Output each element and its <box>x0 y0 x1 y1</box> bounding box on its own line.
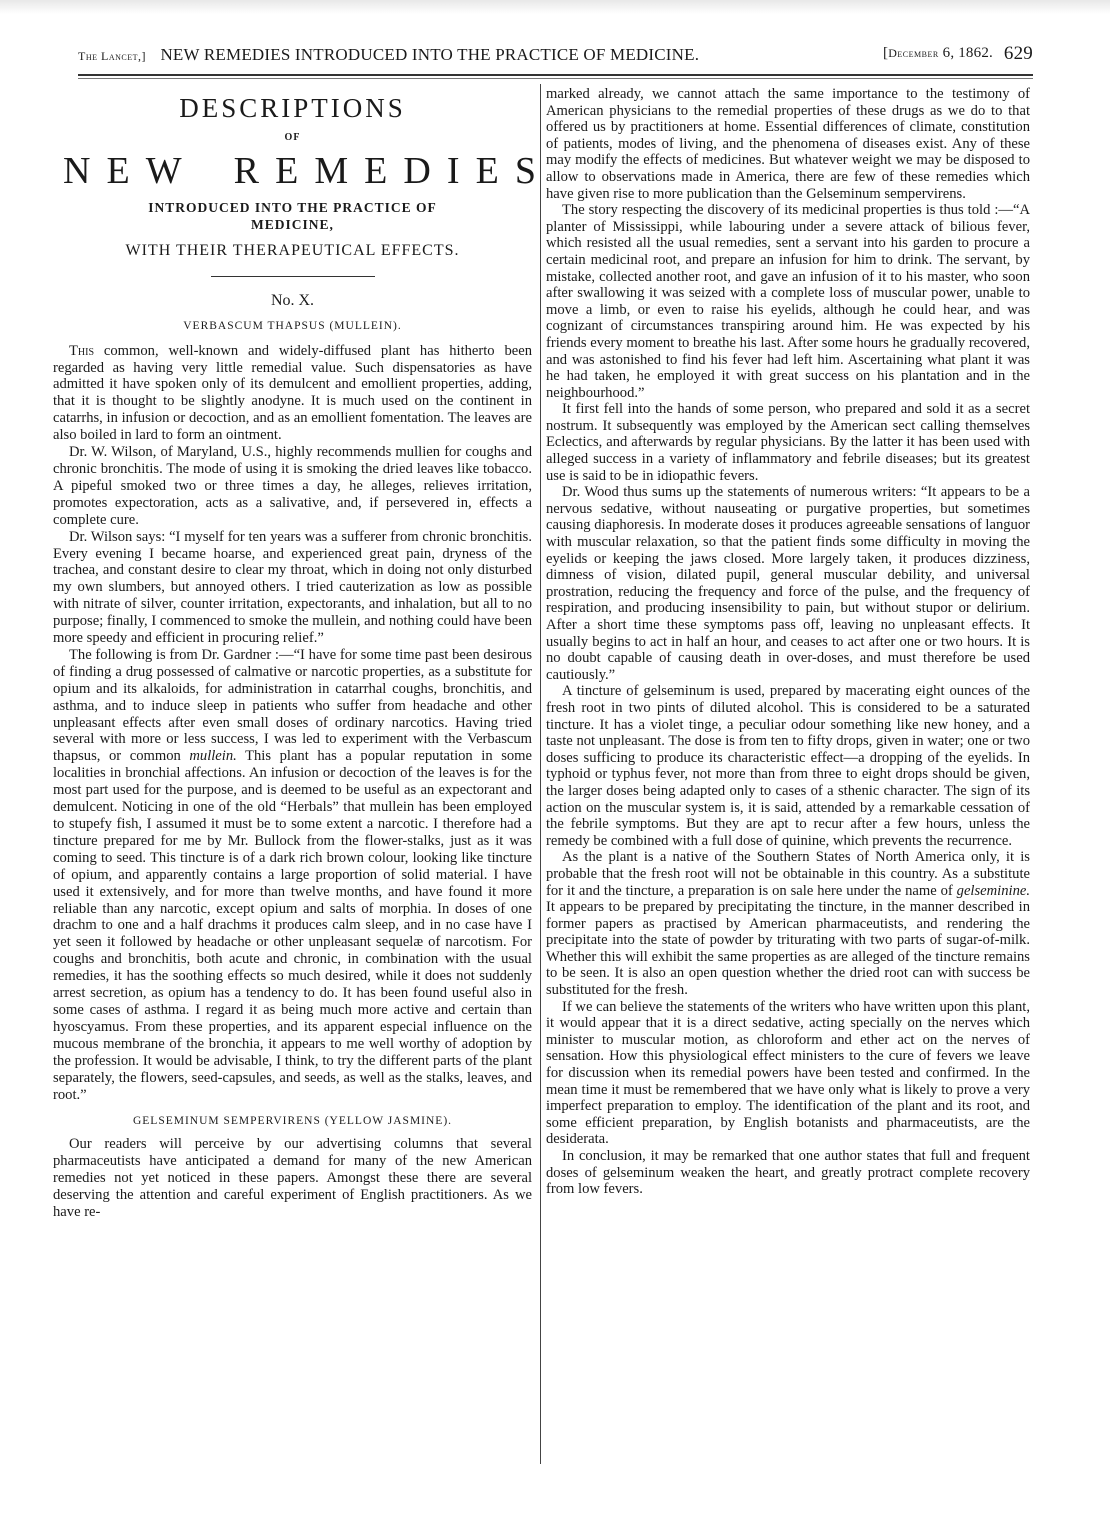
running-title: NEW REMEDIES INTRODUCED INTO THE PRACTIC… <box>160 45 699 64</box>
paragraph: Dr. Wilson says: “I myself for ten years… <box>53 529 532 647</box>
masthead-rule <box>211 276 375 277</box>
masthead-effects: WITH THEIR THERAPEUTICAL EFFECTS. <box>53 243 532 260</box>
left-column: DESCRIPTIONS OF N E W R E M E D I E S IN… <box>53 86 532 1221</box>
article-number: No. X. <box>53 293 532 310</box>
journal-page: The Lancet,] NEW REMEDIES INTRODUCED INT… <box>0 0 1110 1526</box>
paragraph: It first fell into the hands of some per… <box>546 401 1030 484</box>
paragraph: This common, well-known and widely-diffu… <box>53 343 532 444</box>
issue-date: [December 6, 1862. <box>883 45 993 62</box>
column-divider <box>540 84 541 1464</box>
paragraph: Our readers will perceive by our adverti… <box>53 1136 532 1221</box>
running-header: The Lancet,] NEW REMEDIES INTRODUCED INT… <box>78 45 1033 71</box>
right-column: marked already, we cannot attach the sam… <box>546 86 1030 1198</box>
paragraph: If we can believe the statements of the … <box>546 999 1030 1148</box>
paragraph: Dr. W. Wilson, of Maryland, U.S., highly… <box>53 444 532 529</box>
paragraph: marked already, we cannot attach the sam… <box>546 86 1030 202</box>
masthead-new-remedies: N E W R E M E D I E S <box>63 149 536 193</box>
scan-shade <box>0 0 1110 14</box>
paragraph: The story respecting the discovery of it… <box>546 202 1030 401</box>
header-rule <box>78 74 1033 76</box>
paragraph: Dr. Wood thus sums up the statements of … <box>546 484 1030 683</box>
journal-name: The Lancet,] <box>78 49 146 63</box>
section-heading-gelseminum: GELSEMINUM SEMPERVIRENS (YELLOW JASMINE)… <box>53 1113 532 1130</box>
page-number: 629 <box>1004 43 1033 65</box>
paragraph: The following is from Dr. Gardner :—“I h… <box>53 647 532 1103</box>
header-rule-thin <box>78 78 1033 79</box>
masthead-introduced: INTRODUCED INTO THE PRACTICE OF MEDICINE… <box>53 199 532 233</box>
paragraph: As the plant is a native of the Southern… <box>546 849 1030 998</box>
masthead-of: OF <box>53 130 532 147</box>
paragraph: In conclusion, it may be remarked that o… <box>546 1148 1030 1198</box>
section-heading-mullein: VERBASCUM THAPSUS (MULLEIN). <box>53 318 532 335</box>
masthead-descriptions: DESCRIPTIONS <box>53 92 532 124</box>
paragraph: A tincture of gelseminum is used, prepar… <box>546 683 1030 849</box>
